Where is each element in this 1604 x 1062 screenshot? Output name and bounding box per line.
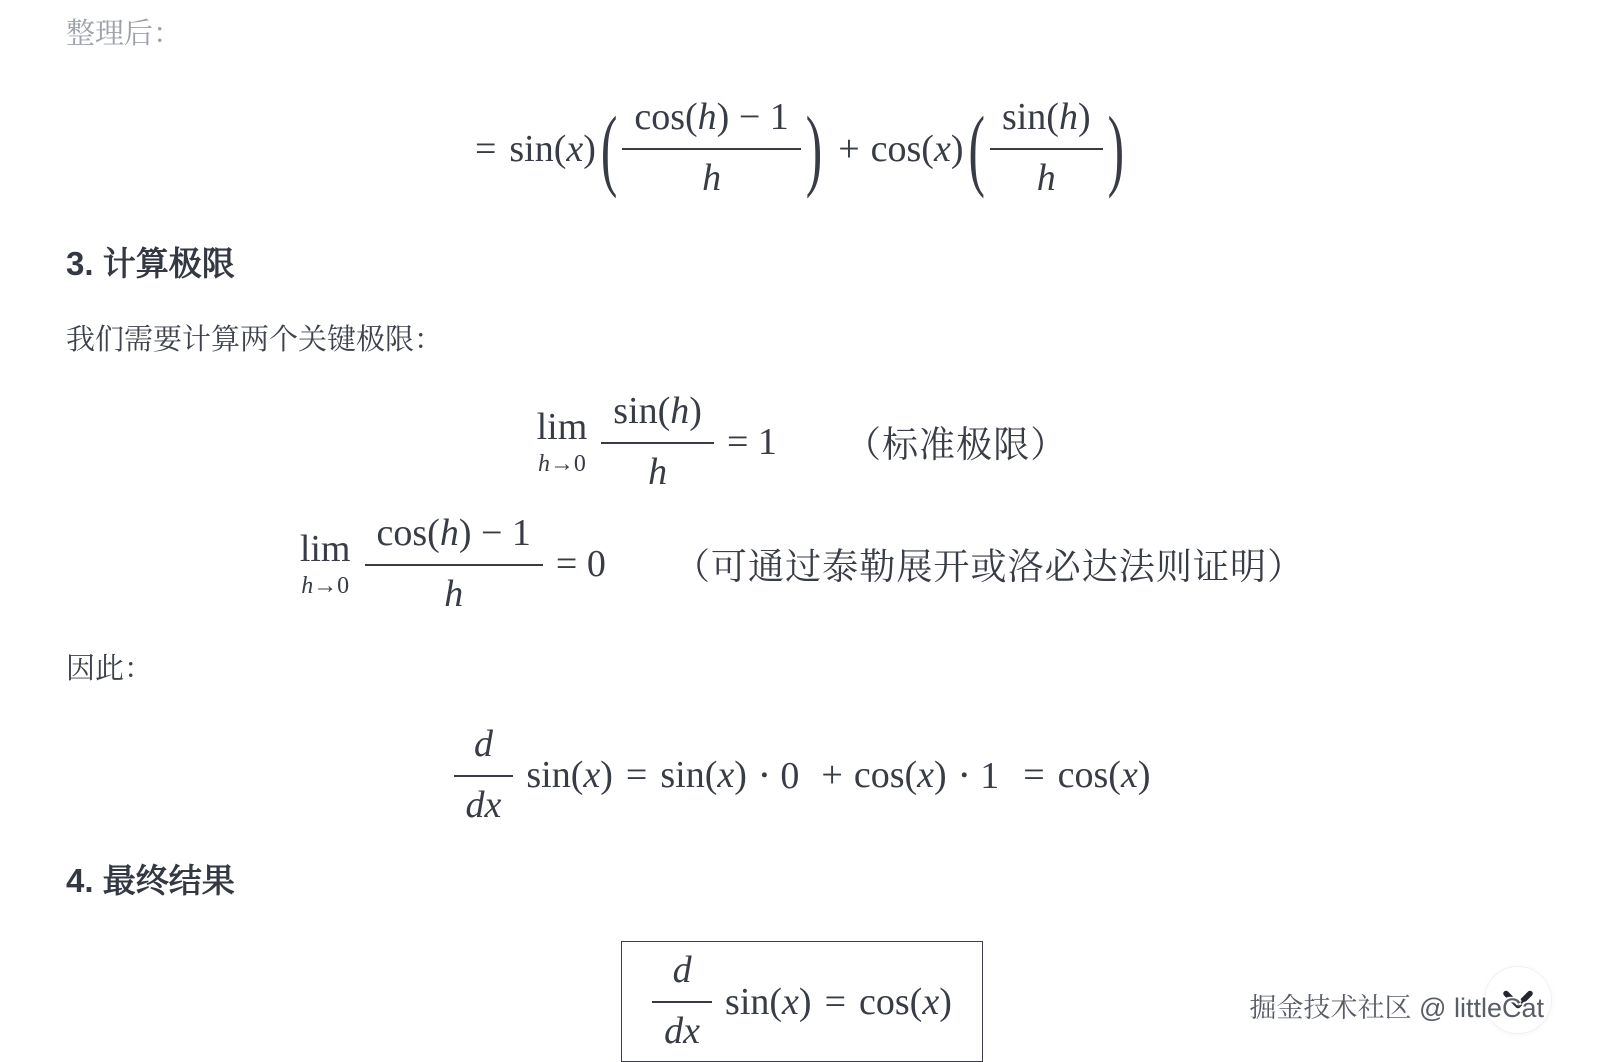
limit-operator: lim h→0 [300,530,351,599]
times-zero: ⋅ 0 [758,753,800,798]
big-right-paren: ) [806,103,822,194]
watermark: 掘金技术社区 @ littleCat [1250,986,1544,1025]
equals-sign: = [475,127,496,171]
heading-final-result: 4. 最终结果 [66,860,1604,901]
limit-operator: lim h→0 [537,408,588,477]
equals-zero: = 0 [556,542,606,586]
sin-x-term: sin(x) [660,753,747,797]
equals-one: = 1 [727,420,777,464]
formula-limit-cos: lim h→0 cos(h) − 1 h = 0 （可通过泰勒展开或洛必达法则证… [0,509,1604,619]
annotation-taylor-lhopital: （可通过泰勒展开或洛必达法则证明） [674,538,1304,590]
big-left-paren: ( [601,103,617,194]
fraction-sin-h-over-h: sin(h) h [990,97,1103,200]
heading-compute-limits: 3. 计算极限 [66,243,1604,284]
formula-final-result-box: d dx sin(x) = cos(x) [621,941,983,1062]
times-one: ⋅ 1 [958,753,1000,798]
plus-sign: + [838,127,859,171]
fraction-d-over-dx: d dx [454,724,514,827]
equals-sign: = [825,980,846,1024]
fraction-sin-h-over-h: sin(h) h [601,391,714,494]
formula-derivative-computation: d dx sin(x) = sin(x) ⋅ 0 + cos(x) ⋅ 1 = … [0,720,1604,830]
cos-x-term: cos(x) [871,127,964,171]
fraction-d-over-dx: d dx [652,950,712,1053]
limit-subscript: h→0 [301,575,349,599]
paragraph-key-limits: 我们需要计算两个关键极限： [66,320,1604,361]
fraction-cos-h-minus-1-over-h: cos(h) − 1 h [365,513,543,616]
big-left-paren: ( [969,103,985,194]
limit-subscript: h→0 [538,453,586,477]
big-right-paren: ) [1108,103,1124,194]
fraction-cos-h-minus-1-over-h: cos(h) − 1 h [622,97,800,200]
sin-x-term: sin(x) [725,980,812,1024]
annotation-standard-limit: （标准极限） [845,416,1067,468]
plus-sign: + [821,753,842,797]
equals-sign: = [1023,753,1044,797]
sin-x-term: sin(x) [509,127,596,171]
article-page: 整理后： = sin(x) ( cos(h) − 1 h ) + cos(x) … [0,14,1604,1062]
equals-sign: = [626,753,647,797]
formula-limit-sin: lim h→0 sin(h) h = 1 （标准极限） [0,387,1604,497]
therefore-label: 因此： [66,649,1604,690]
cos-x-term: cos(x) [1058,753,1151,797]
cos-x-term: cos(x) [859,980,952,1024]
formula-expanded-derivative: = sin(x) ( cos(h) − 1 h ) + cos(x) ( sin… [0,89,1604,209]
sin-x-term: sin(x) [526,753,613,797]
intro-label: 整理后： [66,14,1604,55]
cos-x-term: cos(x) [854,753,947,797]
